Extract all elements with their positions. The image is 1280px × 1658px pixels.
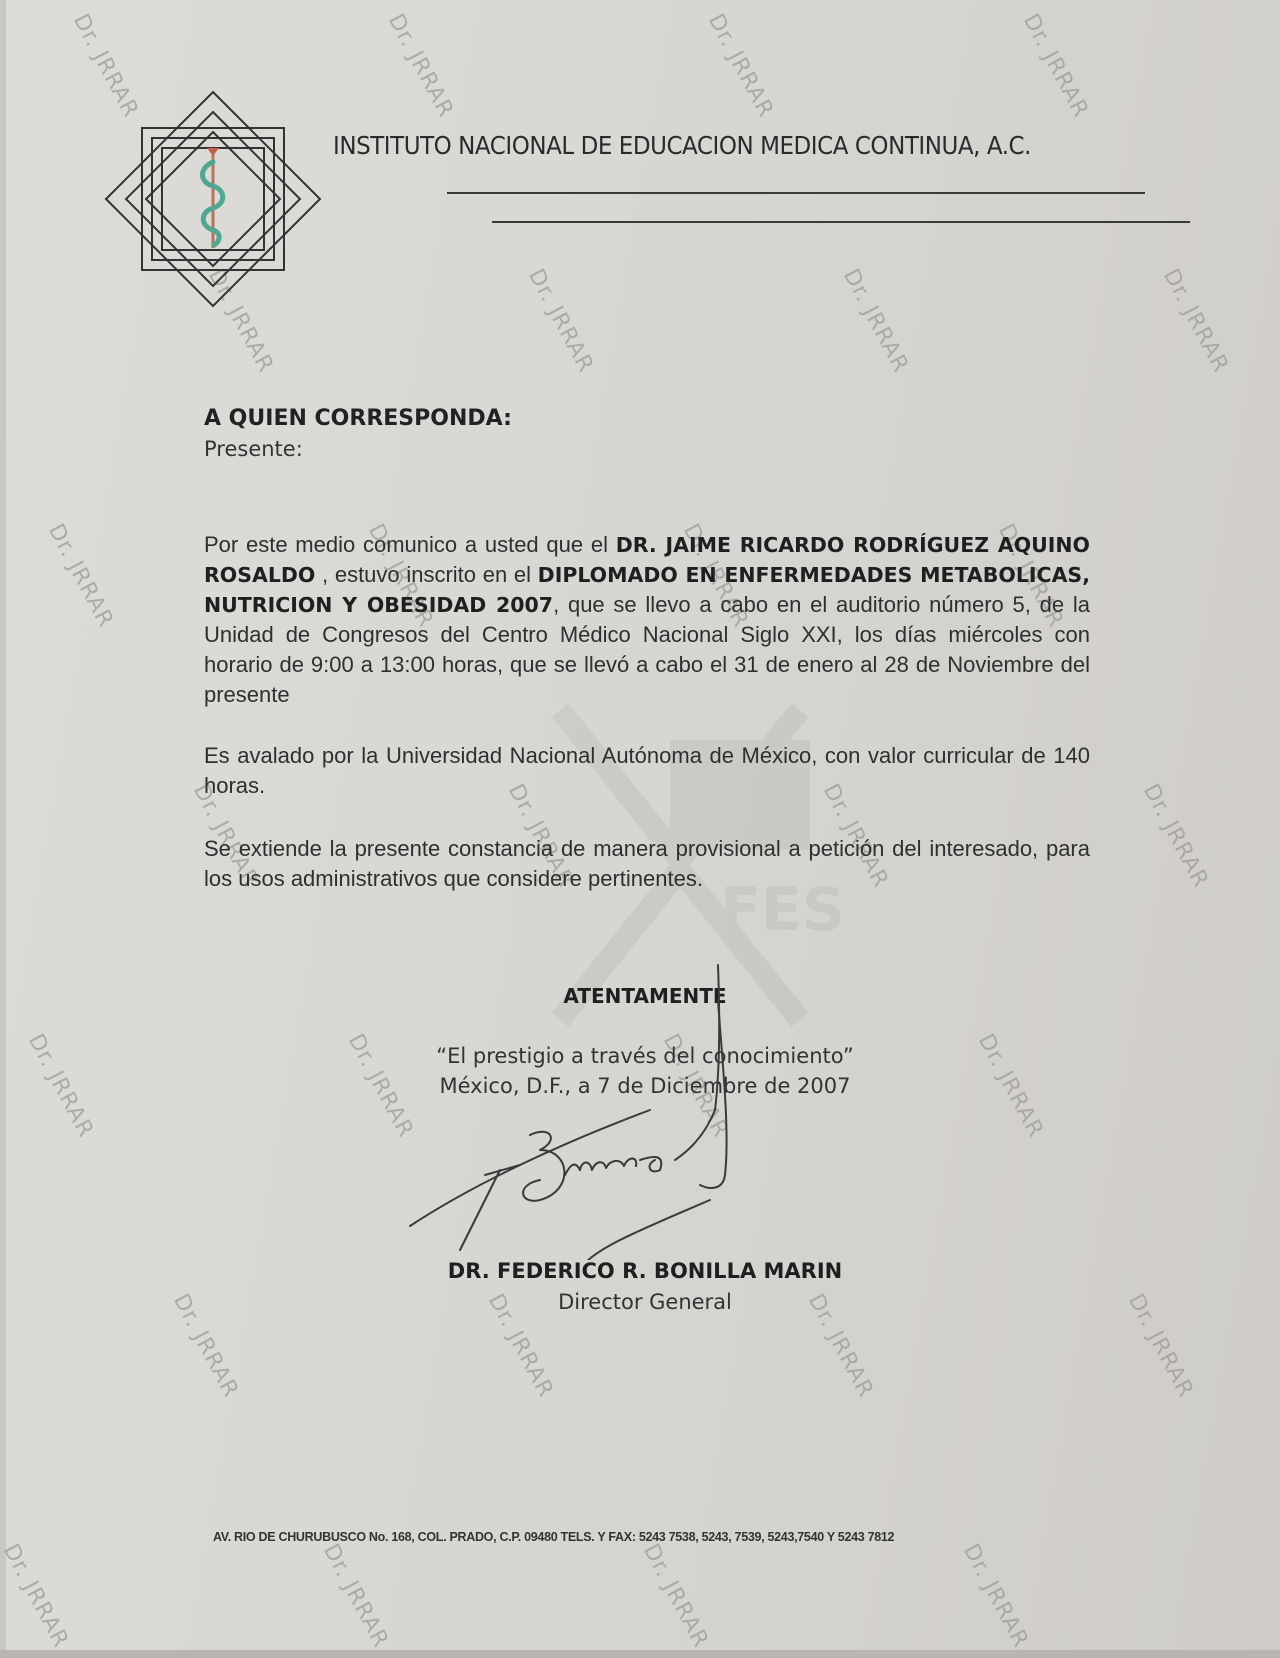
watermark-text: Dr. JRRAR — [1138, 780, 1213, 892]
watermark-text: Dr. JRRAR — [1158, 265, 1233, 377]
watermark-text: Dr. JRRAR — [638, 1540, 713, 1652]
salutation-title: A QUIEN CORRESPONDA: — [204, 406, 512, 431]
institution-name: INSTITUTO NACIONAL DE EDUCACION MEDICA C… — [333, 131, 1031, 160]
body-paragraph-2: Es avalado por la Universidad Nacional A… — [204, 741, 1090, 801]
watermark-text: Dr. JRRAR — [523, 265, 598, 377]
handwritten-signature — [400, 960, 820, 1260]
intro-text: Por este medio comunico a usted que el — [204, 532, 616, 557]
header-rule-1 — [447, 192, 1145, 194]
salutation-subtitle: Presente: — [204, 437, 303, 461]
page-edge-left — [0, 0, 6, 1658]
watermark-text: Dr. JRRAR — [383, 10, 458, 122]
caduceus-diamond-logo-icon — [104, 90, 322, 308]
page-edge-bottom — [0, 1650, 1280, 1658]
watermark-text: Dr. JRRAR — [838, 265, 913, 377]
watermark-text: Dr. JRRAR — [703, 10, 778, 122]
mid-text: , estuvo inscrito en el — [315, 562, 537, 587]
body-paragraph-3: Se extiende la presente constancia de ma… — [204, 834, 1090, 894]
body-paragraph-1: Por este medio comunico a usted que el D… — [204, 530, 1090, 710]
watermark-text: Dr. JRRAR — [43, 520, 118, 632]
footer-address: AV. RIO DE CHURUBUSCO No. 168, COL. PRAD… — [213, 1530, 894, 1544]
signer-name: DR. FEDERICO R. BONILLA MARIN — [0, 1259, 1280, 1283]
watermark-text: Dr. JRRAR — [0, 1540, 73, 1652]
watermark-text: Dr. JRRAR — [1018, 10, 1093, 122]
header-rule-2 — [492, 221, 1190, 223]
signer-role: Director General — [0, 1290, 1280, 1314]
watermark-text: Dr. JRRAR — [958, 1540, 1033, 1652]
watermark-text: Dr. JRRAR — [318, 1540, 393, 1652]
